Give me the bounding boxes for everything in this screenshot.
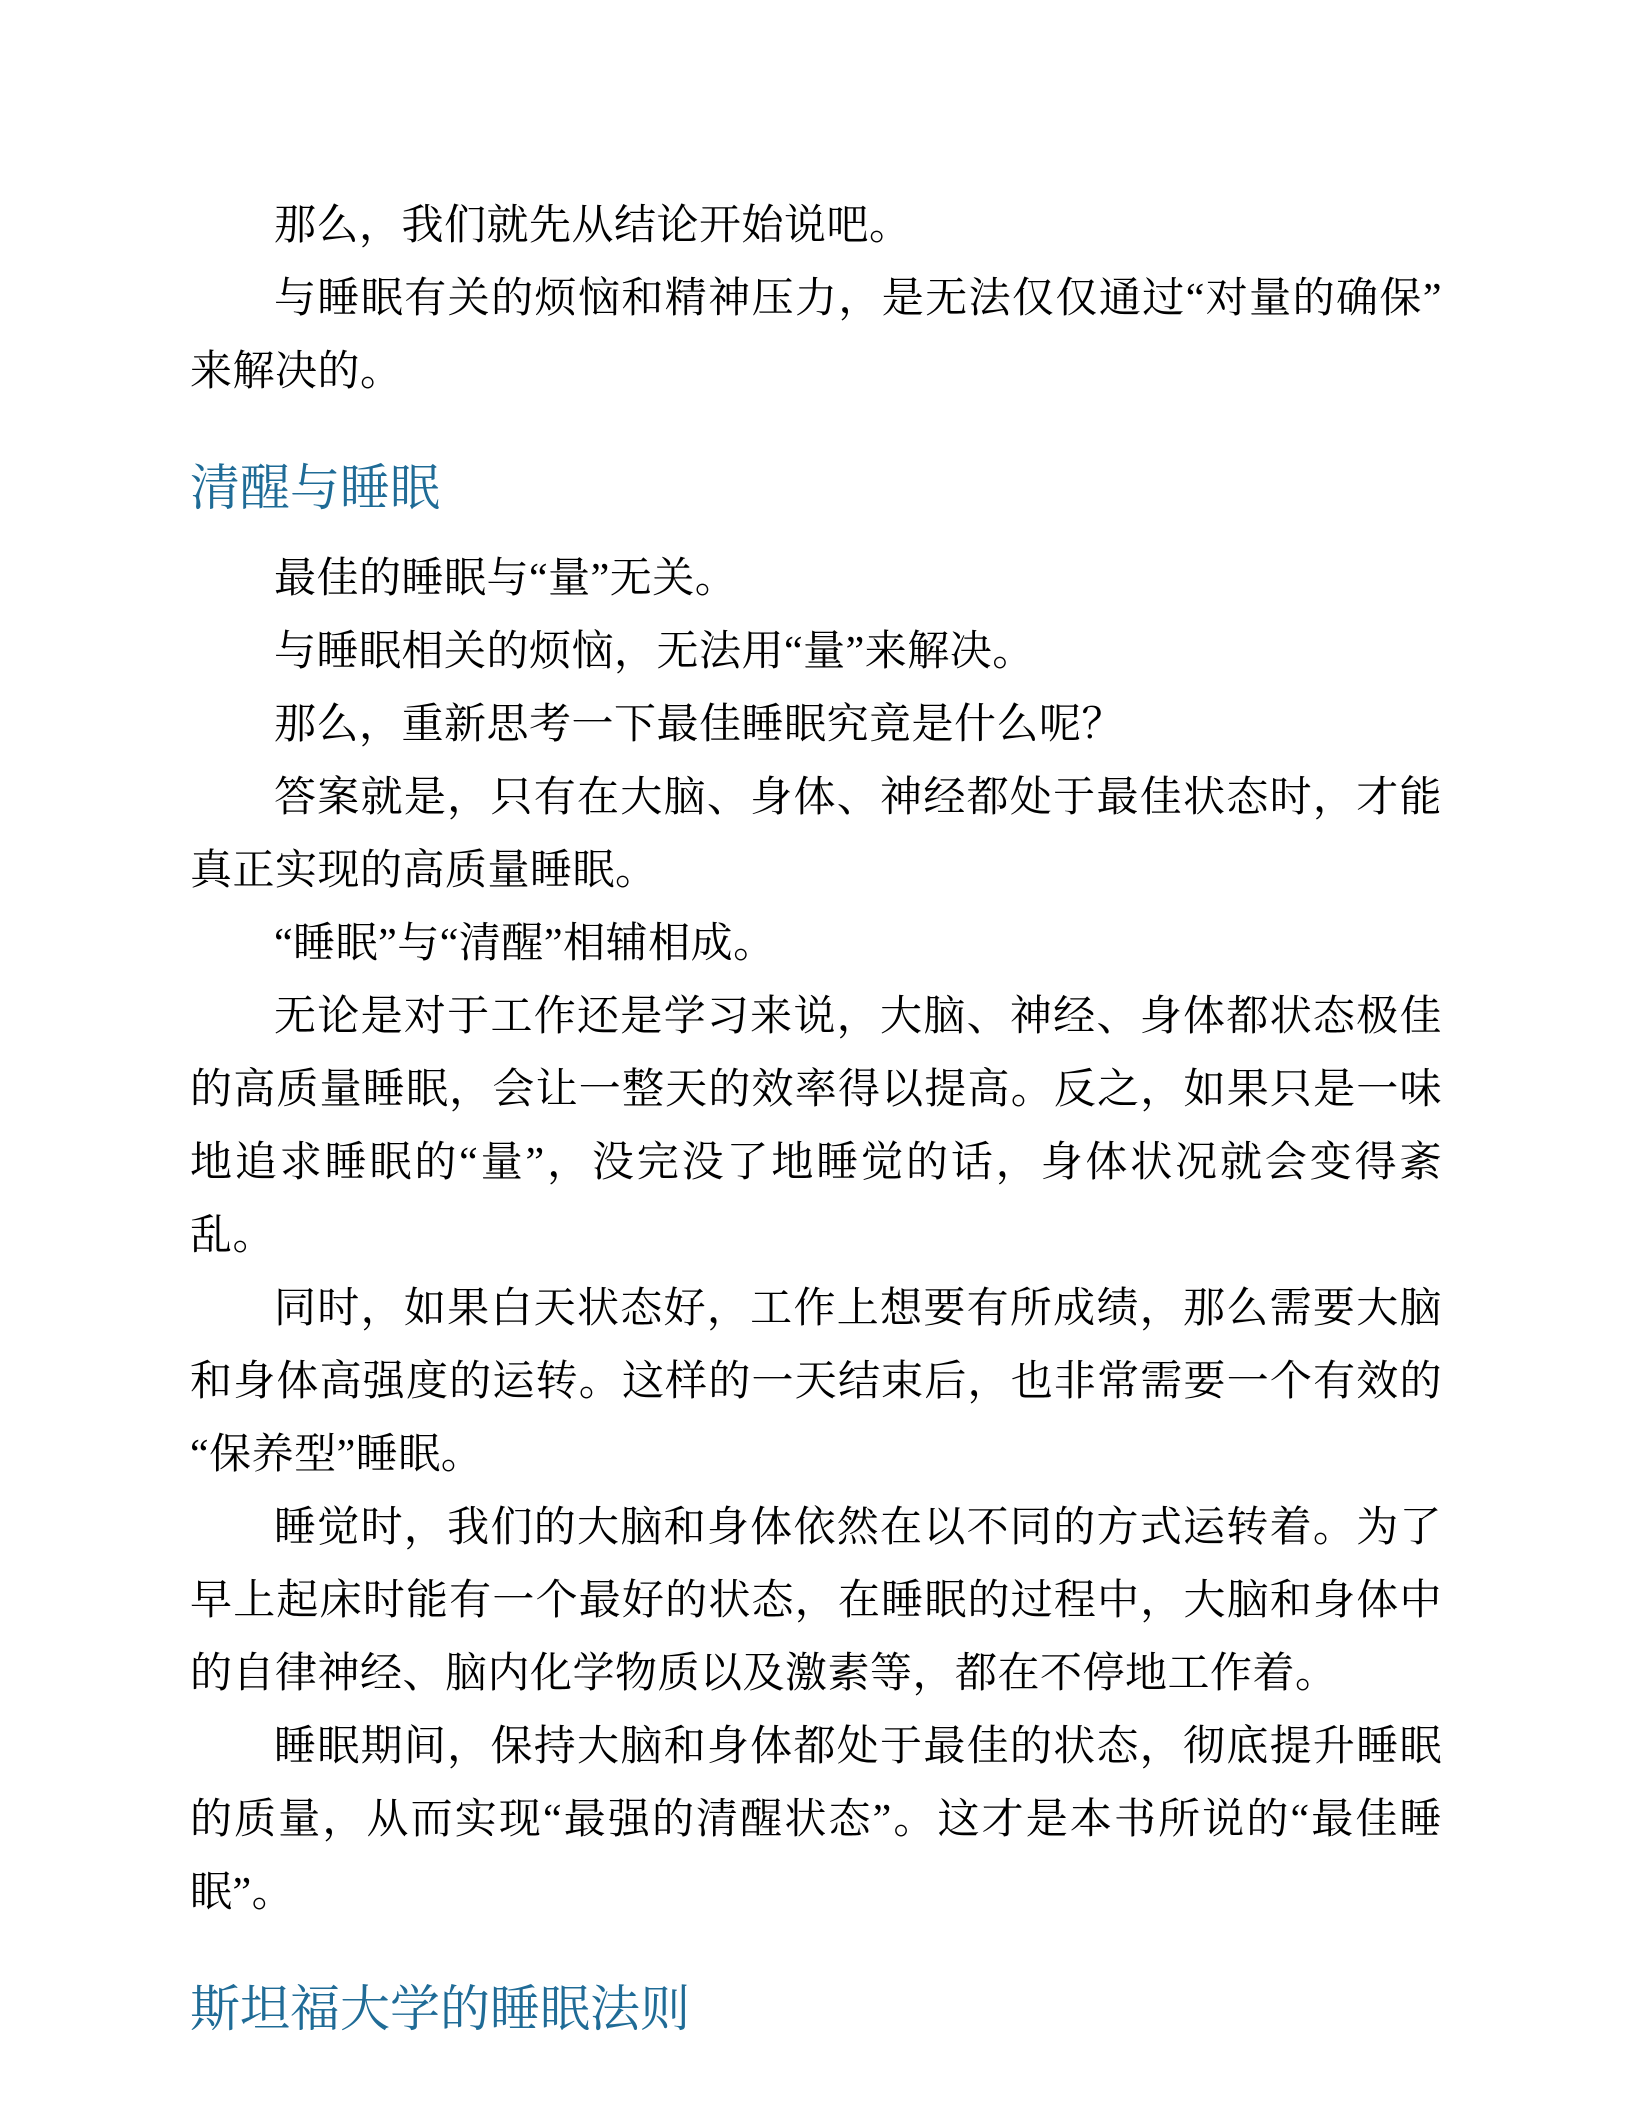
paragraph-worries-not-solved-by-quantity: 与睡眠相关的烦恼，无法用“量”来解决。 [190,616,1442,689]
section-heading-awake-and-sleep: 清醒与睡眠 [190,458,1442,518]
paragraph-best-sleep-quantity: 最佳的睡眠与“量”无关。 [190,543,1442,616]
paragraph-answer-high-quality-sleep: 答案就是，只有在大脑、身体、神经都处于最佳状态时，才能真正实现的高质量睡眠。 [190,762,1442,908]
paragraph-strongest-awake-state: 睡眠期间，保持大脑和身体都处于最佳的状态，彻底提升睡眠的质量，从而实现“最强的清… [190,1711,1442,1930]
paragraph-maintenance-sleep: 同时，如果白天状态好，工作上想要有所成绩，那么需要大脑和身体高强度的运转。这样的… [190,1273,1442,1492]
paragraph-intro-conclusion: 那么，我们就先从结论开始说吧。 [190,190,1442,263]
paragraph-efficiency-and-disorder: 无论是对于工作还是学习来说，大脑、神经、身体都状态极佳的高质量睡眠，会让一整天的… [190,981,1442,1273]
paragraph-intro-worries: 与睡眠有关的烦恼和精神压力，是无法仅仅通过“对量的确保”来解决的。 [190,263,1442,409]
section-heading-stanford-sleep-rules: 斯坦福大学的睡眠法则 [190,1979,1442,2039]
paragraph-brain-body-working-during-sleep: 睡觉时，我们的大脑和身体依然在以不同的方式运转着。为了早上起床时能有一个最好的状… [190,1492,1442,1711]
paragraph-rethink-best-sleep: 那么，重新思考一下最佳睡眠究竟是什么呢？ [190,689,1442,762]
ebook-page: 那么，我们就先从结论开始说吧。 与睡眠有关的烦恼和精神压力，是无法仅仅通过“对量… [0,0,1632,2112]
paragraph-sleep-and-wake-complement: “睡眠”与“清醒”相辅相成。 [190,908,1442,981]
